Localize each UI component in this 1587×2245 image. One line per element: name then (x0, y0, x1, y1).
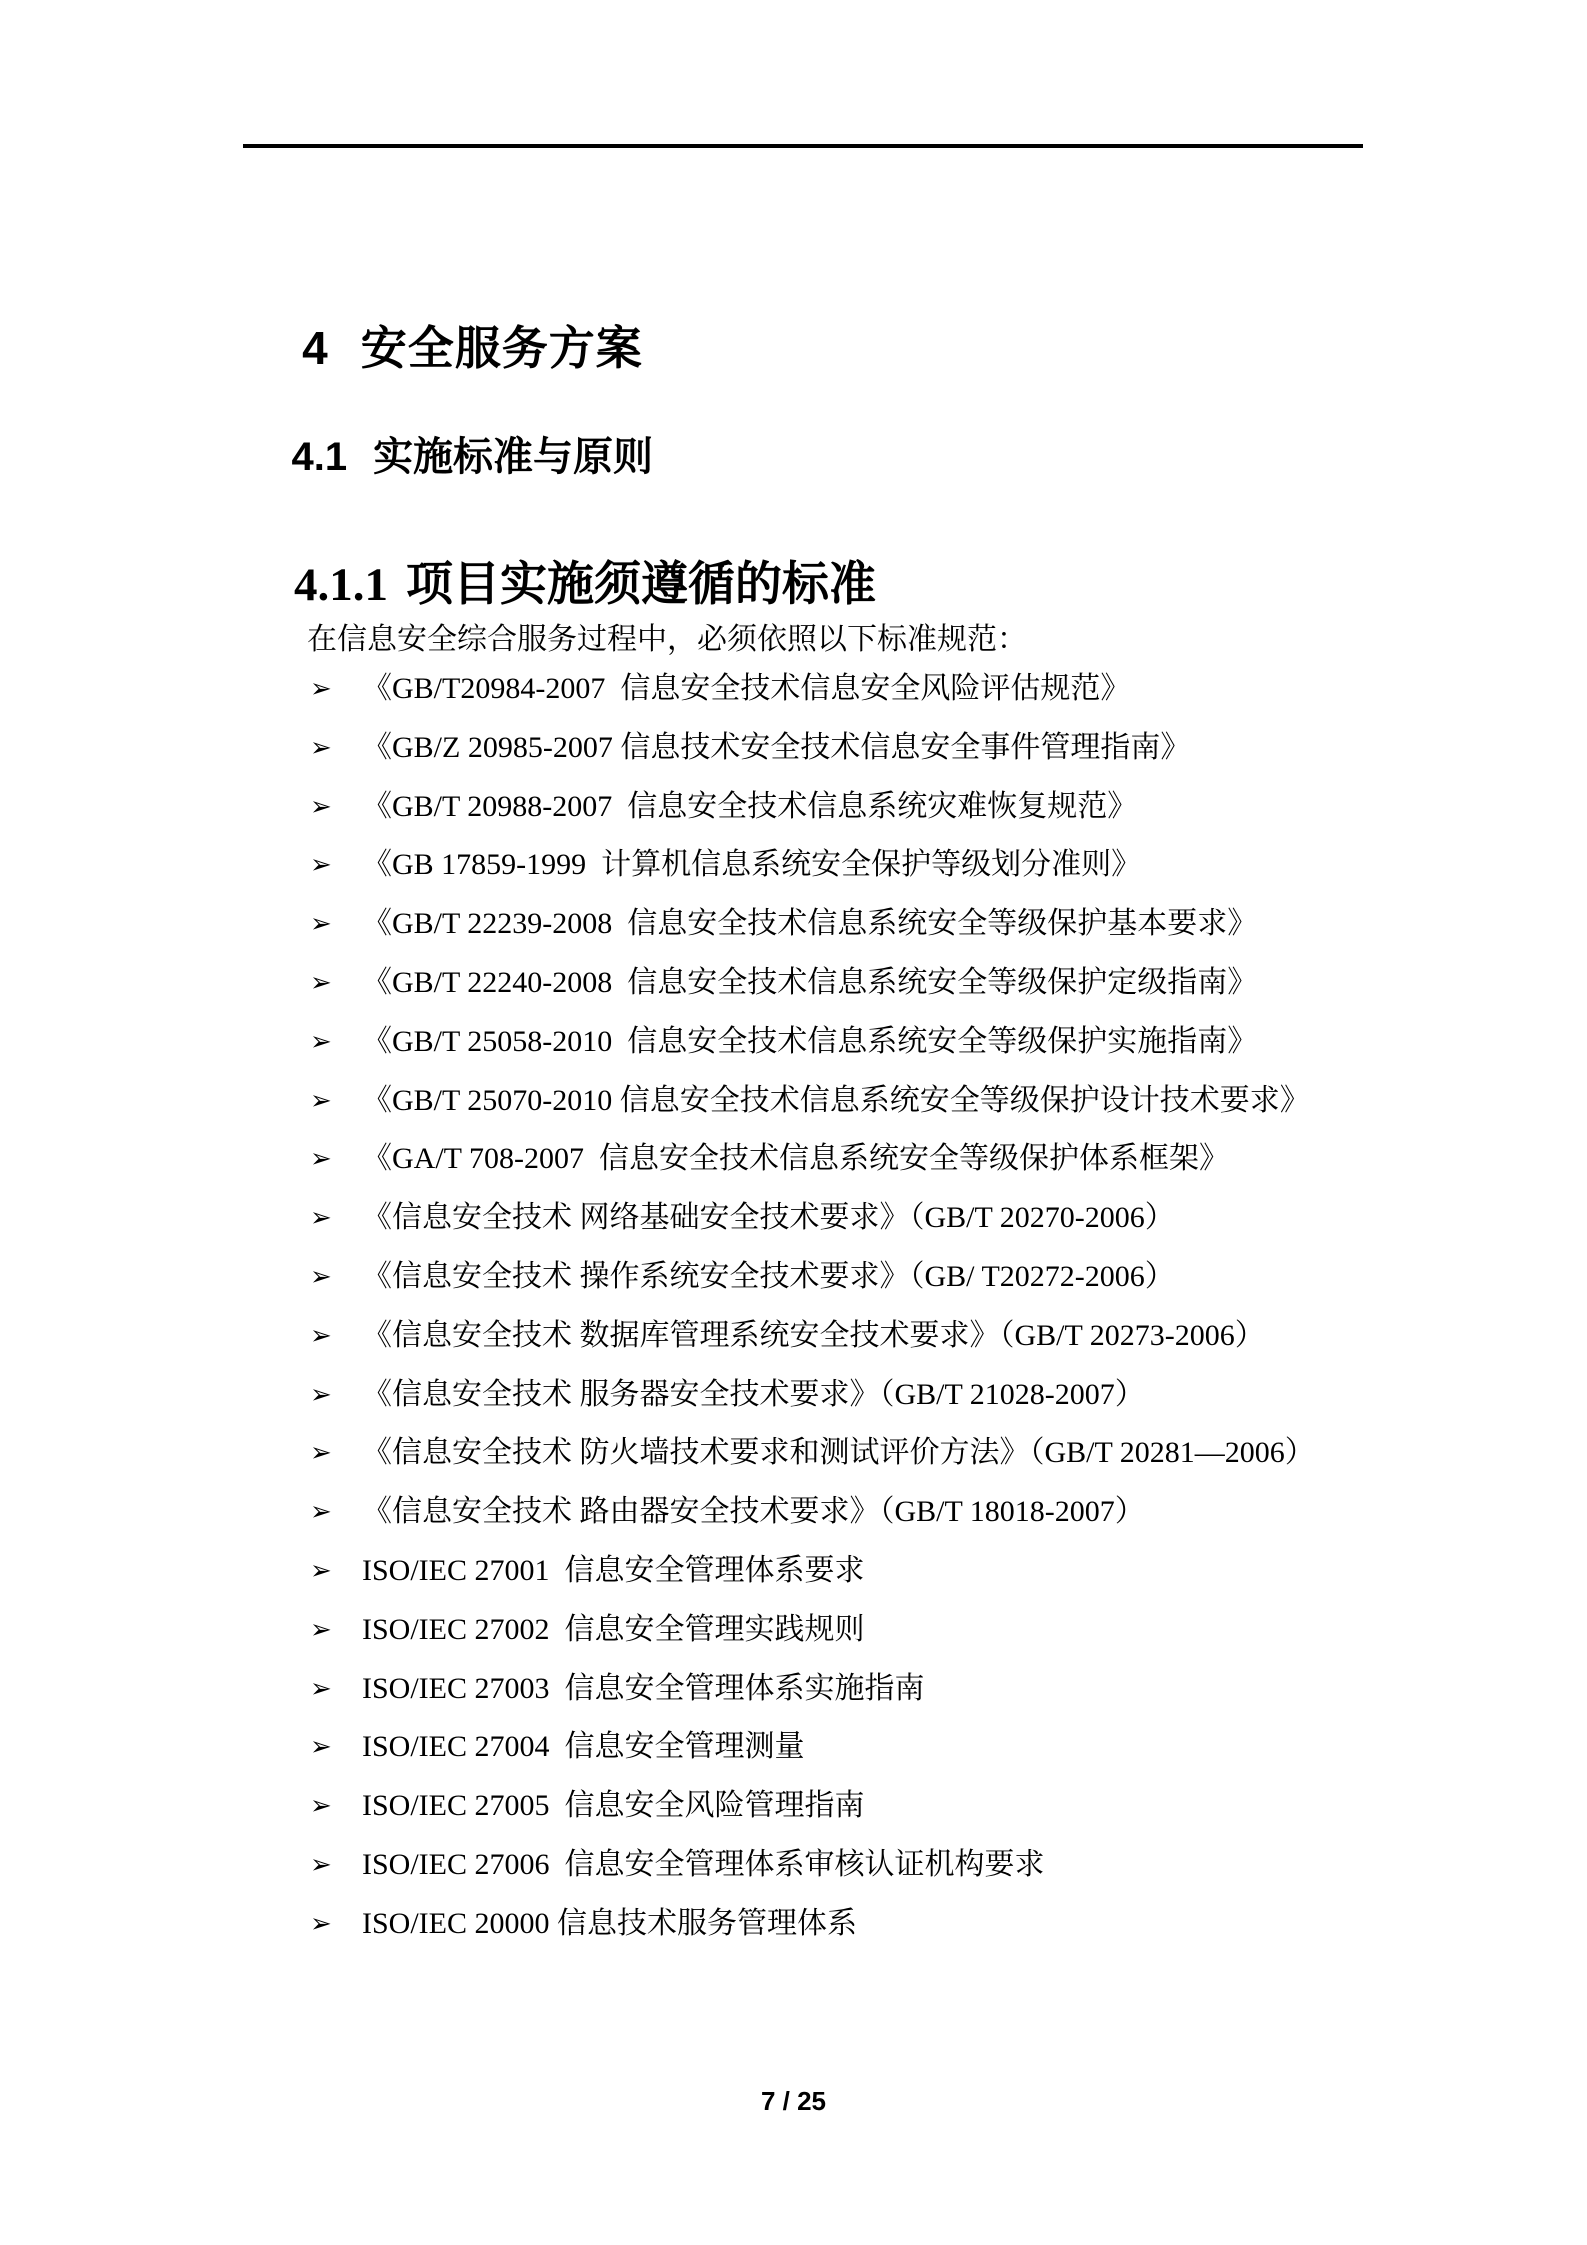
standard-list-item: ➢《GB/T 25058-2010 信息安全技术信息系统安全等级保护实施指南》 (240, 1013, 1400, 1072)
arrow-bullet-icon: ➢ (310, 1130, 332, 1189)
standard-list-item: ➢《信息安全技术 路由器安全技术要求》（GB/T 18018-2007） (240, 1483, 1400, 1542)
page-number: 7 / 25 (0, 2086, 1587, 2117)
standard-list-item: ➢《GB/Z 20985-2007 信息技术安全技术信息安全事件管理指南》 (240, 719, 1400, 778)
standard-item-text: 《GB/T 25058-2010 信息安全技术信息系统安全等级保护实施指南》 (362, 1025, 1257, 1058)
arrow-bullet-icon: ➢ (310, 778, 332, 837)
standard-item-text: 《GB/T 20988-2007 信息安全技术信息系统灾难恢复规范》 (362, 790, 1137, 823)
standard-item-text: ISO/IEC 20000 信息技术服务管理体系 (362, 1907, 857, 1940)
heading-3-text: 项目实施须遵循的标准 (406, 559, 876, 611)
standard-list-item: ➢《信息安全技术 网络基础安全技术要求》（GB/T 20270-2006） (240, 1189, 1400, 1248)
heading-2-text: 实施标准与原则 (373, 435, 653, 479)
standard-item-text: ISO/IEC 27005 信息安全风险管理指南 (362, 1789, 865, 1822)
standard-item-text: 《GB/T20984-2007 信息安全技术信息安全风险评估规范》 (362, 672, 1130, 705)
standard-item-text: 《信息安全技术 数据库管理系统安全技术要求》（GB/T 20273-2006） (362, 1319, 1265, 1352)
standard-list-item: ➢《信息安全技术 防火墙技术要求和测试评价方法》（GB/T 20281—2006… (240, 1424, 1400, 1483)
arrow-bullet-icon: ➢ (310, 719, 332, 778)
arrow-bullet-icon: ➢ (310, 895, 332, 954)
arrow-bullet-icon: ➢ (310, 1248, 332, 1307)
standard-list-item: ➢《GB/T 22239-2008 信息安全技术信息系统安全等级保护基本要求》 (240, 895, 1400, 954)
heading-3-number: 4.1.1 (294, 559, 388, 611)
standard-list-item: ➢ISO/IEC 27006 信息安全管理体系审核认证机构要求 (240, 1836, 1400, 1895)
standard-list-item: ➢ISO/IEC 27005 信息安全风险管理指南 (240, 1777, 1400, 1836)
standard-list-item: ➢ISO/IEC 27002 信息安全管理实践规则 (240, 1601, 1400, 1660)
heading-1-text: 安全服务方案 (361, 322, 643, 374)
standard-item-text: ISO/IEC 27001 信息安全管理体系要求 (362, 1554, 865, 1587)
standard-item-text: 《GB 17859-1999 计算机信息系统安全保护等级划分准则》 (362, 848, 1141, 881)
arrow-bullet-icon: ➢ (310, 1366, 332, 1425)
standard-list-item: ➢《信息安全技术 数据库管理系统安全技术要求》（GB/T 20273-2006） (240, 1307, 1400, 1366)
standard-list-item: ➢ISO/IEC 20000 信息技术服务管理体系 (240, 1895, 1400, 1954)
header-rule (243, 144, 1363, 148)
standard-item-text: ISO/IEC 27002 信息安全管理实践规则 (362, 1613, 865, 1646)
arrow-bullet-icon: ➢ (310, 1836, 332, 1895)
arrow-bullet-icon: ➢ (310, 1013, 332, 1072)
arrow-bullet-icon: ➢ (310, 1072, 332, 1131)
standard-item-text: ISO/IEC 27004 信息安全管理测量 (362, 1730, 805, 1763)
standard-list-item: ➢ISO/IEC 27003 信息安全管理体系实施指南 (240, 1660, 1400, 1719)
intro-paragraph: 在信息安全综合服务过程中，必须依照以下标准规范： (307, 614, 1027, 658)
standard-item-text: ISO/IEC 27003 信息安全管理体系实施指南 (362, 1672, 925, 1705)
standard-list-item: ➢《GA/T 708-2007 信息安全技术信息系统安全等级保护体系框架》 (240, 1130, 1400, 1189)
standard-item-text: 《信息安全技术 操作系统安全技术要求》（GB/ T20272-2006） (362, 1260, 1175, 1293)
arrow-bullet-icon: ➢ (310, 954, 332, 1013)
standard-item-text: ISO/IEC 27006 信息安全管理体系审核认证机构要求 (362, 1848, 1045, 1881)
document-page: 4安全服务方案 4.1实施标准与原则 4.1.1项目实施须遵循的标准 在信息安全… (0, 0, 1587, 2245)
standard-item-text: 《信息安全技术 网络基础安全技术要求》（GB/T 20270-2006） (362, 1201, 1175, 1234)
arrow-bullet-icon: ➢ (310, 1601, 332, 1660)
arrow-bullet-icon: ➢ (310, 1542, 332, 1601)
arrow-bullet-icon: ➢ (310, 1718, 332, 1777)
standard-item-text: 《信息安全技术 服务器安全技术要求》（GB/T 21028-2007） (362, 1378, 1145, 1411)
heading-2-number: 4.1 (291, 435, 347, 479)
standard-item-text: 《信息安全技术 防火墙技术要求和测试评价方法》（GB/T 20281—2006） (362, 1436, 1315, 1469)
arrow-bullet-icon: ➢ (310, 1660, 332, 1719)
standard-list-item: ➢ISO/IEC 27001 信息安全管理体系要求 (240, 1542, 1400, 1601)
arrow-bullet-icon: ➢ (310, 836, 332, 895)
standard-item-text: 《GB/Z 20985-2007 信息技术安全技术信息安全事件管理指南》 (362, 731, 1190, 764)
arrow-bullet-icon: ➢ (310, 1424, 332, 1483)
standard-list-item: ➢ISO/IEC 27004 信息安全管理测量 (240, 1718, 1400, 1777)
arrow-bullet-icon: ➢ (310, 1483, 332, 1542)
standard-item-text: 《GB/T 22240-2008 信息安全技术信息系统安全等级保护定级指南》 (362, 966, 1257, 999)
standard-item-text: 《GA/T 708-2007 信息安全技术信息系统安全等级保护体系框架》 (362, 1142, 1229, 1175)
standard-item-text: 《GB/T 22239-2008 信息安全技术信息系统安全等级保护基本要求》 (362, 907, 1257, 940)
standard-list-item: ➢《信息安全技术 操作系统安全技术要求》（GB/ T20272-2006） (240, 1248, 1400, 1307)
arrow-bullet-icon: ➢ (310, 1777, 332, 1836)
standard-item-text: 《GB/T 25070-2010 信息安全技术信息系统安全等级保护设计技术要求》 (362, 1084, 1310, 1117)
arrow-bullet-icon: ➢ (310, 1895, 332, 1954)
arrow-bullet-icon: ➢ (310, 1307, 332, 1366)
heading-1-number: 4 (302, 322, 329, 374)
standard-item-text: 《信息安全技术 路由器安全技术要求》（GB/T 18018-2007） (362, 1495, 1145, 1528)
standard-list-item: ➢《GB 17859-1999 计算机信息系统安全保护等级划分准则》 (240, 836, 1400, 895)
standard-list-item: ➢《GB/T20984-2007 信息安全技术信息安全风险评估规范》 (240, 660, 1400, 719)
standard-list-item: ➢《GB/T 25070-2010 信息安全技术信息系统安全等级保护设计技术要求… (240, 1072, 1400, 1131)
standard-list-item: ➢《信息安全技术 服务器安全技术要求》（GB/T 21028-2007） (240, 1366, 1400, 1425)
standards-list: ➢《GB/T20984-2007 信息安全技术信息安全风险评估规范》➢《GB/Z… (240, 660, 1400, 1954)
standard-list-item: ➢《GB/T 20988-2007 信息安全技术信息系统灾难恢复规范》 (240, 778, 1400, 837)
standard-list-item: ➢《GB/T 22240-2008 信息安全技术信息系统安全等级保护定级指南》 (240, 954, 1400, 1013)
arrow-bullet-icon: ➢ (310, 660, 332, 719)
arrow-bullet-icon: ➢ (310, 1189, 332, 1248)
